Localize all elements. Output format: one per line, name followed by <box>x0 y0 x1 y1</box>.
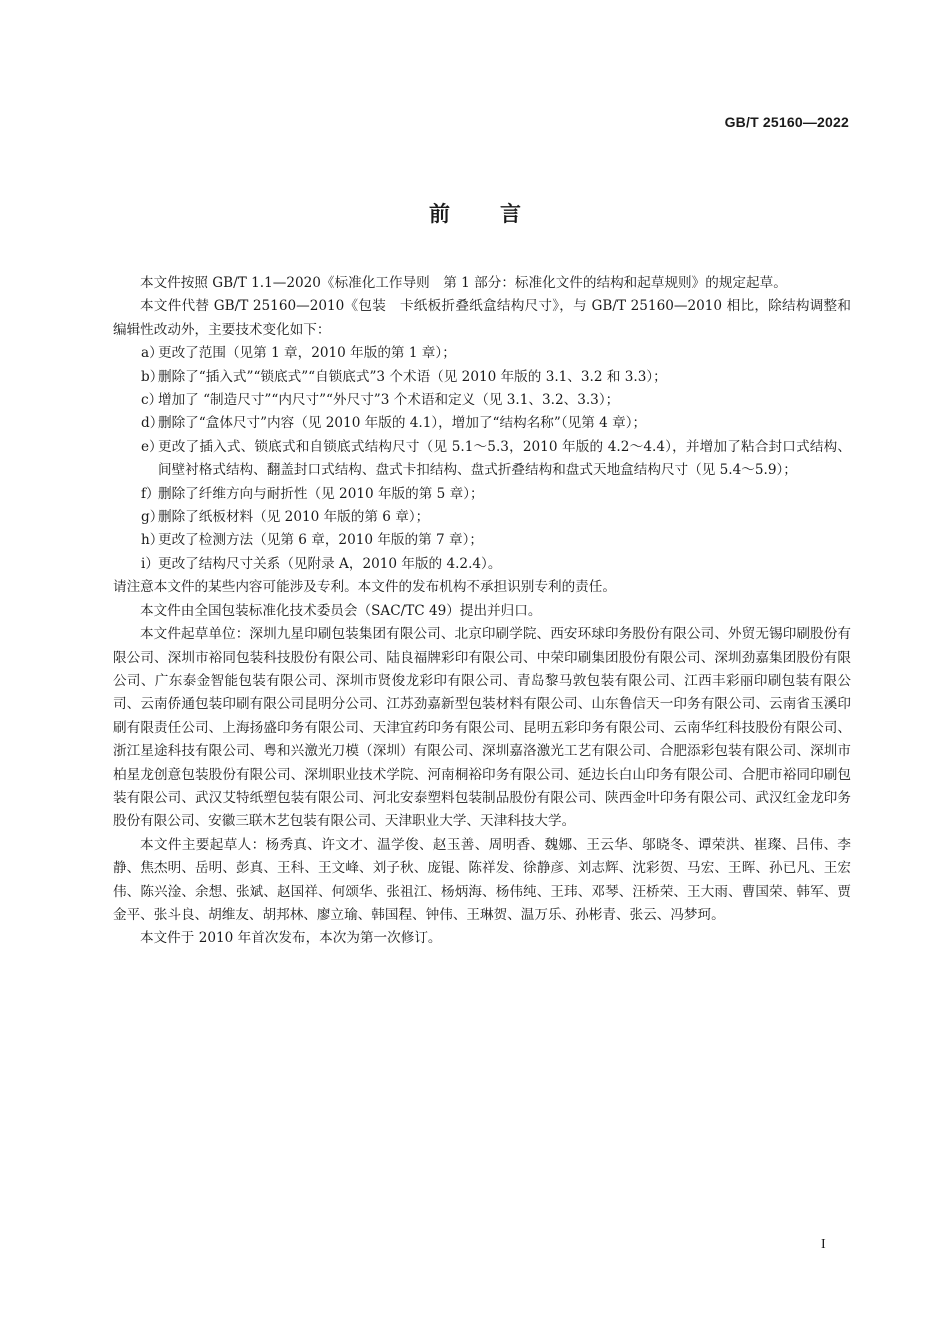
list-item-text: 删除了纤维方向与耐折性（见 2010 年版的第 5 章）； <box>158 483 851 506</box>
list-marker: a） <box>141 342 163 365</box>
list-item: c）增加了 “制造尺寸”“内尺寸”“外尺寸”3 个术语和定义（见 3.1、3.2… <box>113 389 851 412</box>
list-item: b）删除了“插入式”“锁底式”“自锁底式”3 个术语（见 2010 年版的 3.… <box>113 366 851 389</box>
list-item: f）删除了纤维方向与耐折性（见 2010 年版的第 5 章）； <box>113 483 851 506</box>
list-item: a）更改了范围（见第 1 章，2010 年版的第 1 章）； <box>113 342 851 365</box>
list-marker: e） <box>141 436 163 459</box>
paragraph-drafting-organizations: 本文件起草单位：深圳九星印刷包装集团有限公司、北京印刷学院、西安环球印务股份有限… <box>113 623 851 834</box>
list-item-text: 增加了 “制造尺寸”“内尺寸”“外尺寸”3 个术语和定义（见 3.1、3.2、3… <box>158 389 851 412</box>
list-marker: b） <box>141 366 163 389</box>
page-title: 前言 <box>0 198 950 228</box>
list-marker: f） <box>141 483 160 506</box>
list-item-text: 删除了“插入式”“锁底式”“自锁底式”3 个术语（见 2010 年版的 3.1、… <box>158 366 851 389</box>
list-item: i）更改了结构尺寸关系（见附录 A，2010 年版的 4.2.4）。 <box>113 553 851 576</box>
title-char-2: 言 <box>500 198 521 228</box>
title-char-1: 前 <box>429 198 450 228</box>
page-number: I <box>821 1237 826 1253</box>
changes-list: a）更改了范围（见第 1 章，2010 年版的第 1 章）； b）删除了“插入式… <box>113 342 851 576</box>
list-item: e）更改了插入式、锁底式和自锁底式结构尺寸（见 5.1～5.3，2010 年版的… <box>113 436 851 483</box>
list-marker: d） <box>141 412 163 435</box>
list-marker: g） <box>141 506 163 529</box>
foreword-body: 本文件按照 GB/T 1.1—2020《标准化工作导则 第 1 部分：标准化文件… <box>113 272 851 951</box>
paragraph-main-drafters: 本文件主要起草人：杨秀真、许文才、温学俊、赵玉善、周明香、魏娜、王云华、邬晓冬、… <box>113 834 851 928</box>
list-item-text: 删除了纸板材料（见 2010 年版的第 6 章）； <box>158 506 851 529</box>
list-item: g）删除了纸板材料（见 2010 年版的第 6 章）； <box>113 506 851 529</box>
list-item-text: 更改了检测方法（见第 6 章，2010 年版的第 7 章）； <box>158 529 851 552</box>
paragraph-proposer: 本文件由全国包装标准化技术委员会（SAC/TC 49）提出并归口。 <box>113 600 851 623</box>
paragraph-drafting-basis: 本文件按照 GB/T 1.1—2020《标准化工作导则 第 1 部分：标准化文件… <box>113 272 851 295</box>
paragraph-publication-history: 本文件于 2010 年首次发布，本次为第一次修订。 <box>113 927 851 950</box>
list-item: d）删除了“盒体尺寸”内容（见 2010 年版的 4.1），增加了“结构名称”（… <box>113 412 851 435</box>
paragraph-patent-notice: 请注意本文件的某些内容可能涉及专利。本文件的发布机构不承担识别专利的责任。 <box>113 576 851 599</box>
standard-code: GB/T 25160—2022 <box>725 114 849 130</box>
list-marker: i） <box>141 553 159 576</box>
list-item-text: 更改了插入式、锁底式和自锁底式结构尺寸（见 5.1～5.3，2010 年版的 4… <box>158 436 851 483</box>
list-marker: h） <box>141 529 163 552</box>
paragraph-replacement: 本文件代替 GB/T 25160—2010《包装 卡纸板折叠纸盒结构尺寸》，与 … <box>113 295 851 342</box>
list-item-text: 更改了范围（见第 1 章，2010 年版的第 1 章）； <box>158 342 851 365</box>
list-item: h）更改了检测方法（见第 6 章，2010 年版的第 7 章）； <box>113 529 851 552</box>
list-marker: c） <box>141 389 162 412</box>
list-item-text: 更改了结构尺寸关系（见附录 A，2010 年版的 4.2.4）。 <box>158 553 851 576</box>
list-item-text: 删除了“盒体尺寸”内容（见 2010 年版的 4.1），增加了“结构名称”（见第… <box>158 412 851 435</box>
